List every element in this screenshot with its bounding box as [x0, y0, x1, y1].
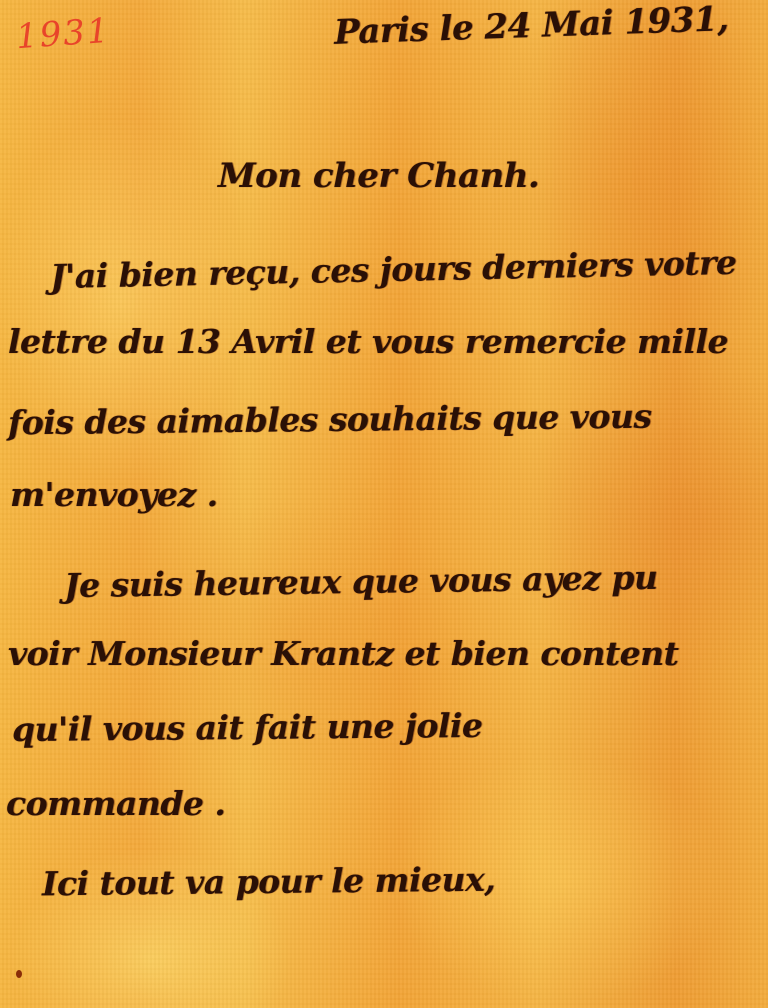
- body-line: lettre du 13 Avril et vous remercie mill…: [8, 322, 728, 361]
- body-line: qu'il vous ait fait une jolie: [12, 706, 483, 749]
- body-line: Ici tout va pour le mieux,: [42, 860, 496, 904]
- body-line: fois des aimables souhaits que vous: [8, 397, 652, 443]
- year-annotation: 1931: [15, 11, 112, 57]
- body-line: voir Monsieur Krantz et bien content: [8, 634, 678, 673]
- ink-blot: [16, 970, 22, 978]
- body-line: Je suis heureux que vous ayez pu: [64, 558, 658, 605]
- salutation: Mon cher Chanh.: [218, 156, 539, 196]
- letter-page: 1931 Paris le 24 Mai 1931, Mon cher Chan…: [0, 0, 768, 1008]
- body-line: commande .: [6, 784, 225, 823]
- body-line: m'envoyez .: [10, 475, 218, 514]
- body-line: J'ai bien reçu, ces jours derniers votre: [50, 243, 737, 296]
- dateline: Paris le 24 Mai 1931,: [333, 0, 729, 53]
